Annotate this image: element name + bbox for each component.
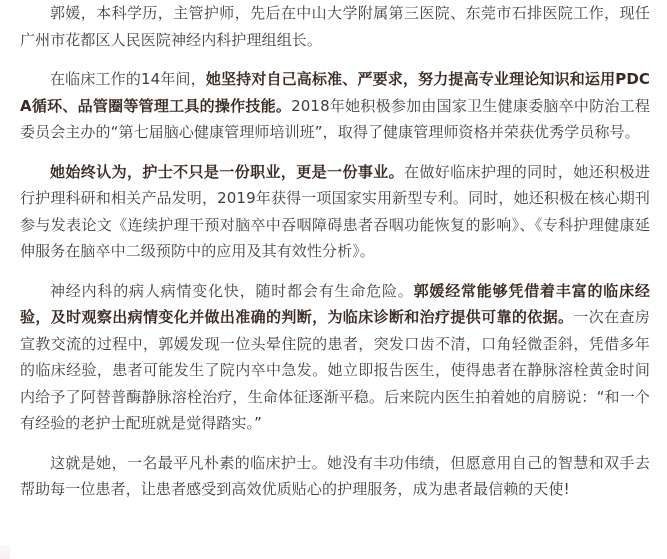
paragraph-text: 郭媛，本科学历，主管护师，先后在中山大学附属第三医院、东莞市石排医院工作，现任广… [20, 4, 650, 49]
paragraph-text: 神经内科的病人病情变化快，随时都会有生命危险。 [50, 282, 414, 300]
paragraph-intro: 郭媛，本科学历，主管护师，先后在中山大学附属第三医院、东莞市石排医院工作，现任广… [20, 0, 650, 53]
paragraph-text: 在临床工作的14年间， [50, 70, 206, 88]
decorative-corner-mark [0, 545, 10, 559]
paragraph-career-belief: 她始终认为，护士不只是一份职业，更是一份事业。在做好临床护理的同时，她还积极进行… [20, 159, 650, 265]
paragraph-clinical-story: 神经内科的病人病情变化快，随时都会有生命危险。郭媛经常能够凭借着丰富的临床经验，… [20, 278, 650, 437]
highlighted-text: 她始终认为，护士不只是一份职业，更是一份事业。 [50, 163, 404, 181]
article-body: 郭媛，本科学历，主管护师，先后在中山大学附属第三医院、东莞市石排医院工作，现任广… [20, 0, 650, 516]
paragraph-text: 这就是她，一名最平凡朴素的临床护士。她没有丰功伟绩，但愿意用自己的智慧和双手去帮… [20, 454, 650, 499]
paragraph-conclusion: 这就是她，一名最平凡朴素的临床护士。她没有丰功伟绩，但愿意用自己的智慧和双手去帮… [20, 450, 650, 503]
paragraph-work-experience: 在临床工作的14年间，她坚持对自己高标准、严要求，努力提高专业理论知识和运用PD… [20, 66, 650, 146]
paragraph-text: 一次在查房宣教交流的过程中，郭媛发现一位头晕住院的患者，突发口齿不清，口角轻微歪… [20, 308, 650, 432]
